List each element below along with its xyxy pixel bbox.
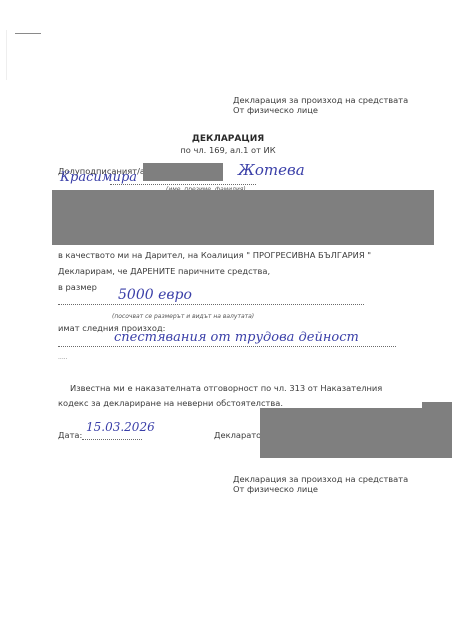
origin-trailing-dots: ..... (58, 353, 68, 363)
liability-line2: кодекс за деклариране на неверни обстоят… (58, 398, 283, 408)
origin-handwritten: спестявания от трудова дейност (114, 330, 359, 345)
amount-handwritten: 5000 евро (118, 287, 192, 303)
date-label: Дата: (58, 430, 82, 440)
amount-dotted-line (58, 304, 364, 305)
origin-dotted-line (58, 346, 396, 347)
redaction-box-name (143, 163, 223, 181)
header-bottom-line2: От физическо лице (233, 484, 318, 494)
date-dotted-line (82, 439, 142, 440)
date-handwritten: 15.03.2026 (86, 420, 155, 434)
declare-line: Декларирам, че ДАРЕНИТЕ паричните средст… (58, 266, 270, 276)
signer-last-name-handwritten: Жотева (238, 161, 305, 179)
document-title: ДЕКЛАРАЦИЯ (0, 134, 456, 144)
header-bottom-line1: Декларация за произход на средствата (233, 474, 408, 484)
header-top-line2: От физическо лице (233, 105, 318, 115)
header-top-line1: Декларация за произход на средствата (233, 95, 408, 105)
donor-line: в качеството ми на Дарител, на Коалиция … (58, 250, 371, 260)
amount-caption: (посочват се размерът и видът на валутат… (112, 313, 254, 320)
signer-dotted-line (110, 184, 256, 185)
redaction-box-signature-tab (422, 402, 452, 410)
liability-line1: Известна ми е наказателната отговорност … (70, 383, 382, 393)
scan-edge-line (6, 30, 7, 80)
corner-mark (15, 33, 41, 34)
document-subtitle: по чл. 169, ал.1 от ИК (0, 145, 456, 155)
amount-label: в размер (58, 282, 97, 292)
declarant-label: Декларато (214, 430, 261, 440)
redaction-box-signature (260, 408, 452, 458)
redaction-box-personal-data (52, 190, 434, 245)
signer-first-name-handwritten: Красимира (60, 170, 137, 185)
